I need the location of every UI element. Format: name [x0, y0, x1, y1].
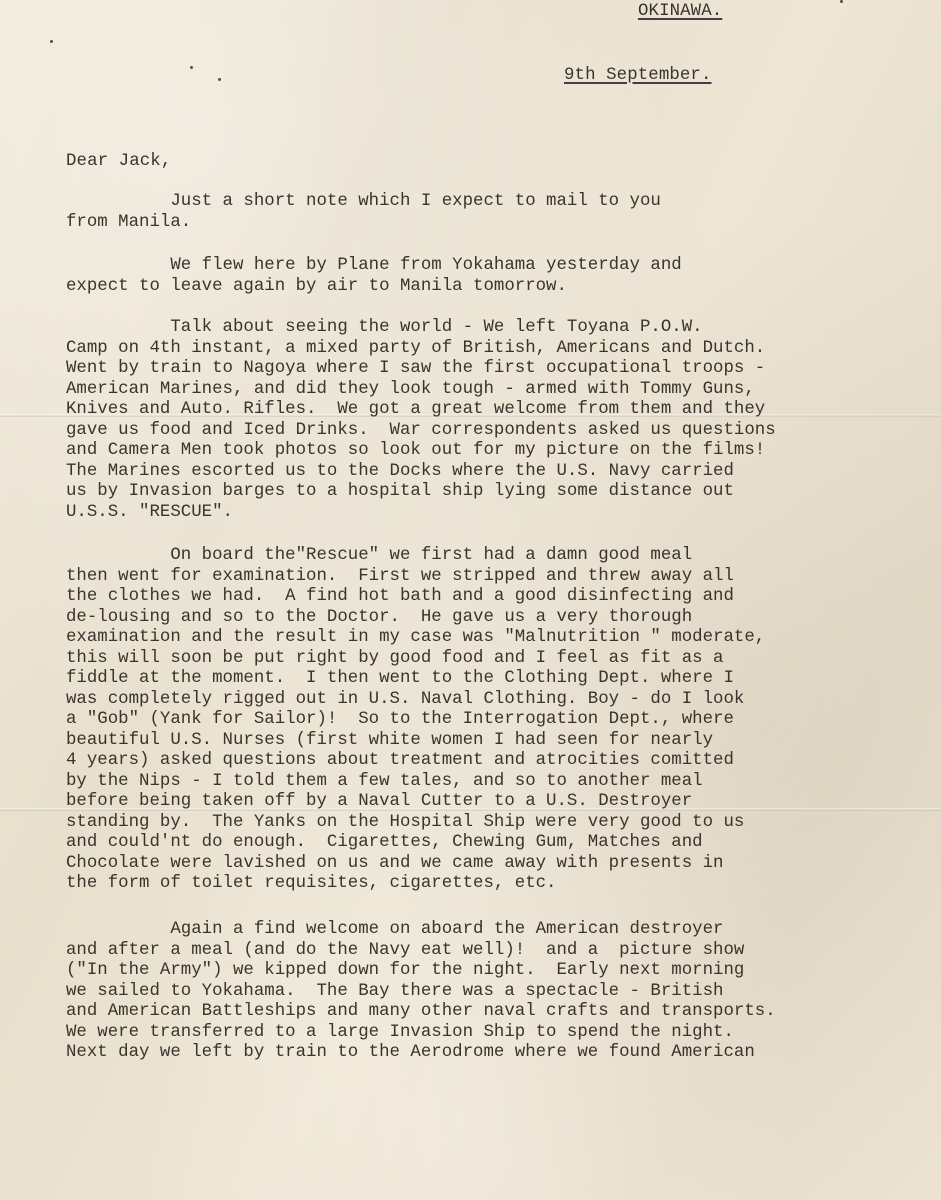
letter-line: from Manila. — [66, 213, 661, 234]
letter-line: 4 years) asked questions about treatment… — [66, 751, 765, 772]
paper-speck — [50, 40, 53, 43]
letter-line: We flew here by Plane from Yokahama yest… — [66, 256, 682, 277]
letter-line: and American Battleships and many other … — [66, 1002, 776, 1023]
letter-line: Camp on 4th instant, a mixed party of Br… — [66, 339, 776, 360]
letter-line: and could'nt do enough. Cigarettes, Chew… — [66, 833, 765, 854]
letter-line: us by Invasion barges to a hospital ship… — [66, 482, 776, 503]
letter-paragraph: Just a short note which I expect to mail… — [66, 192, 661, 233]
letter-line: examination and the result in my case wa… — [66, 628, 765, 649]
letter-line: and after a meal (and do the Navy eat we… — [66, 941, 776, 962]
letter-line: The Marines escorted us to the Docks whe… — [66, 462, 776, 483]
letter-line: Just a short note which I expect to mail… — [66, 192, 661, 213]
letter-line: was completely rigged out in U.S. Naval … — [66, 690, 765, 711]
letter-line: expect to leave again by air to Manila t… — [66, 277, 682, 298]
letter-line: Chocolate were lavished on us and we cam… — [66, 854, 765, 875]
letter-line: gave us food and Iced Drinks. War corres… — [66, 421, 776, 442]
letter-paragraph: On board the"Rescue" we first had a damn… — [66, 546, 765, 895]
letter-place: OKINAWA. — [638, 2, 722, 23]
letter-line: U.S.S. "RESCUE". — [66, 503, 776, 524]
letter-line: the form of toilet requisites, cigarette… — [66, 874, 765, 895]
letter-line: we sailed to Yokahama. The Bay there was… — [66, 982, 776, 1003]
letter-date: 9th September. — [564, 66, 712, 87]
letter-line: fiddle at the moment. I then went to the… — [66, 669, 765, 690]
letter-line: Talk about seeing the world - We left To… — [66, 318, 776, 339]
letter-line: beautiful U.S. Nurses (first white women… — [66, 731, 765, 752]
letter-line: We were transferred to a large Invasion … — [66, 1023, 776, 1044]
letter-line: Again a find welcome on aboard the Ameri… — [66, 920, 776, 941]
letter-line: and Camera Men took photos so look out f… — [66, 441, 776, 462]
letter-paragraph: We flew here by Plane from Yokahama yest… — [66, 256, 682, 297]
letter-line: before being taken off by a Naval Cutter… — [66, 792, 765, 813]
paper-speck — [190, 66, 193, 69]
letter-line: Went by train to Nagoya where I saw the … — [66, 359, 776, 380]
letter-line: then went for examination. First we stri… — [66, 567, 765, 588]
letter-line: by the Nips - I told them a few tales, a… — [66, 772, 765, 793]
letter-line: this will soon be put right by good food… — [66, 649, 765, 670]
paper-speck — [840, 0, 843, 3]
letter-paragraph: Talk about seeing the world - We left To… — [66, 318, 776, 523]
letter-line: ("In the Army") we kipped down for the n… — [66, 961, 776, 982]
letter-line: standing by. The Yanks on the Hospital S… — [66, 813, 765, 834]
letter-line: Knives and Auto. Rifles. We got a great … — [66, 400, 776, 421]
letter-line: Next day we left by train to the Aerodro… — [66, 1043, 776, 1064]
letter-line: de-lousing and so to the Doctor. He gave… — [66, 608, 765, 629]
letter-line: American Marines, and did they look toug… — [66, 380, 776, 401]
letter-line: the clothes we had. A find hot bath and … — [66, 587, 765, 608]
letter-salutation: Dear Jack, — [66, 152, 171, 173]
letter-line: a "Gob" (Yank for Sailor)! So to the Int… — [66, 710, 765, 731]
letter-line: On board the"Rescue" we first had a damn… — [66, 546, 765, 567]
letter-paragraph: Again a find welcome on aboard the Ameri… — [66, 920, 776, 1064]
paper-speck — [218, 78, 221, 81]
